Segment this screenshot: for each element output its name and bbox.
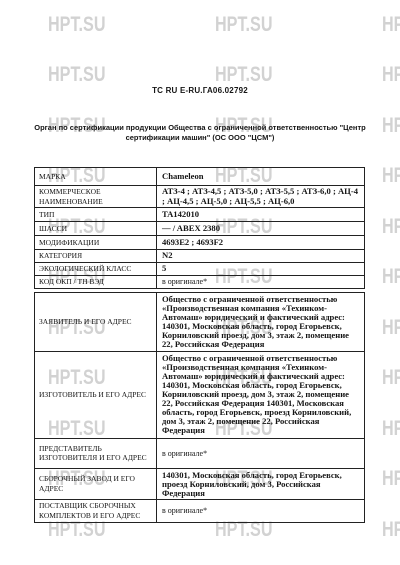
table-row: СБОРОЧНЫЙ ЗАВОД И ЕГО АДРЕС140301, Моско… bbox=[35, 468, 365, 499]
table-row: МОДИФИКАЦИИ4693E2 ; 4693F2 bbox=[35, 236, 365, 250]
watermark-text: HPT.SU bbox=[382, 519, 400, 540]
watermark-text: HPT.SU bbox=[382, 468, 400, 489]
parties-data-table: ЗАЯВИТЕЛЬ И ЕГО АДРЕСОбщество с ограниче… bbox=[34, 292, 365, 523]
table-row: ШАССИ— / ABEX 2380 bbox=[35, 222, 365, 236]
watermark-text: HPT.SU bbox=[382, 418, 400, 439]
row-value: 140301, Московская область, город Егорье… bbox=[157, 468, 365, 499]
table-row: КОММЕРЧЕСКОЕ НАИМЕНОВАНИЕАТЗ-4 ; АТЗ-4,5… bbox=[35, 186, 365, 208]
certificate-tables: МАРКАChameleonКОММЕРЧЕСКОЕ НАИМЕНОВАНИЕА… bbox=[34, 167, 365, 523]
row-value: Chameleon bbox=[157, 168, 365, 186]
watermark-text: HPT.SU bbox=[382, 216, 400, 237]
certification-body-text: Орган по сертификации продукции Общества… bbox=[28, 123, 372, 142]
row-value: N2 bbox=[157, 250, 365, 263]
watermark-text: HPT.SU bbox=[215, 14, 273, 35]
table-row: КАТЕГОРИЯN2 bbox=[35, 250, 365, 263]
row-value: АТЗ-4 ; АТЗ-4,5 ; АТЗ-5,0 ; АТЗ-5,5 ; АТ… bbox=[157, 186, 365, 208]
watermark-text: HPT.SU bbox=[382, 367, 400, 388]
watermark-text: HPT.SU bbox=[382, 317, 400, 338]
row-label: ИЗГОТОВИТЕЛЬ И ЕГО АДРЕС bbox=[35, 351, 157, 438]
row-label: ЗАЯВИТЕЛЬ И ЕГО АДРЕС bbox=[35, 293, 157, 352]
row-value: в оригинале* bbox=[157, 499, 365, 522]
watermark-text: HPT.SU bbox=[215, 64, 273, 85]
table-row: ЭКОЛОГИЧЕСКИЙ КЛАСС5 bbox=[35, 263, 365, 276]
row-value: TA142010 bbox=[157, 208, 365, 222]
row-label: СБОРОЧНЫЙ ЗАВОД И ЕГО АДРЕС bbox=[35, 468, 157, 499]
parties-data-table-body: ЗАЯВИТЕЛЬ И ЕГО АДРЕСОбщество с ограниче… bbox=[35, 293, 365, 523]
row-value: в оригинале* bbox=[157, 438, 365, 468]
row-label: ШАССИ bbox=[35, 222, 157, 236]
watermark-text: HPT.SU bbox=[382, 64, 400, 85]
certificate-document-page: HPT.SUHPT.SUHPT.SUHPT.SUHPT.SUHPT.SUHPT.… bbox=[0, 0, 400, 565]
row-label: КАТЕГОРИЯ bbox=[35, 250, 157, 263]
watermark-text: HPT.SU bbox=[382, 14, 400, 35]
row-value: 5 bbox=[157, 263, 365, 276]
row-value: Общество с ограниченной ответственностью… bbox=[157, 293, 365, 352]
row-value: 4693E2 ; 4693F2 bbox=[157, 236, 365, 250]
table-row: МАРКАChameleon bbox=[35, 168, 365, 186]
row-label: ПРЕДСТАВИТЕЛЬ ИЗГОТОВИТЕЛЯ И ЕГО АДРЕС bbox=[35, 438, 157, 468]
row-label: ТИП bbox=[35, 208, 157, 222]
row-value: — / ABEX 2380 bbox=[157, 222, 365, 236]
row-label: ЭКОЛОГИЧЕСКИЙ КЛАСС bbox=[35, 263, 157, 276]
table-row: ТИПTA142010 bbox=[35, 208, 365, 222]
row-value: в оригинале* bbox=[157, 276, 365, 289]
certificate-number: ТС RU E-RU.ГА06.02792 bbox=[0, 86, 400, 95]
row-value: Общество с ограниченной ответственностью… bbox=[157, 351, 365, 438]
table-row: КОД ОКП / ТН ВЭДв оригинале* bbox=[35, 276, 365, 289]
row-label: МАРКА bbox=[35, 168, 157, 186]
watermark-text: HPT.SU bbox=[382, 115, 400, 136]
table-row: ПРЕДСТАВИТЕЛЬ ИЗГОТОВИТЕЛЯ И ЕГО АДРЕСв … bbox=[35, 438, 365, 468]
vehicle-data-table: МАРКАChameleonКОММЕРЧЕСКОЕ НАИМЕНОВАНИЕА… bbox=[34, 167, 365, 289]
table-row: ИЗГОТОВИТЕЛЬ И ЕГО АДРЕСОбщество с огран… bbox=[35, 351, 365, 438]
watermark-text: HPT.SU bbox=[48, 14, 106, 35]
watermark-text: HPT.SU bbox=[382, 165, 400, 186]
row-label: КОД ОКП / ТН ВЭД bbox=[35, 276, 157, 289]
vehicle-data-table-body: МАРКАChameleonКОММЕРЧЕСКОЕ НАИМЕНОВАНИЕА… bbox=[35, 168, 365, 289]
table-row: ЗАЯВИТЕЛЬ И ЕГО АДРЕСОбщество с ограниче… bbox=[35, 293, 365, 352]
watermark-text: HPT.SU bbox=[48, 64, 106, 85]
watermark-text: HPT.SU bbox=[382, 266, 400, 287]
row-label: КОММЕРЧЕСКОЕ НАИМЕНОВАНИЕ bbox=[35, 186, 157, 208]
row-label: МОДИФИКАЦИИ bbox=[35, 236, 157, 250]
table-row: ПОСТАВЩИК СБОРОЧНЫХ КОМПЛЕКТОВ И ЕГО АДР… bbox=[35, 499, 365, 522]
row-label: ПОСТАВЩИК СБОРОЧНЫХ КОМПЛЕКТОВ И ЕГО АДР… bbox=[35, 499, 157, 522]
